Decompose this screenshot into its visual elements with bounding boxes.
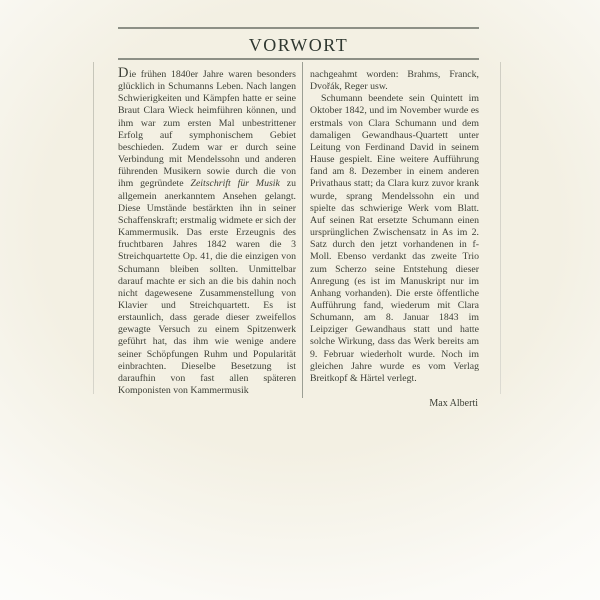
text-segment: zu allgemein anerkanntem Ansehen gelangt… — [118, 178, 296, 396]
text-column-right: nachgeahmt worden: Brahms, Franck, Dvořá… — [310, 69, 479, 410]
left-column-text: Die frühen 1840er Jahre waren besonders … — [118, 69, 296, 397]
text-block: VORWORT Die frühen 1840er Jahre waren be… — [118, 27, 479, 410]
title-band: VORWORT — [118, 27, 479, 60]
right-margin-rule — [500, 62, 501, 394]
text-segment: Schumann beendete sein Quintett im Oktob… — [310, 93, 479, 384]
text-segment: ie frühen 1840er Jahre waren besonders g… — [118, 69, 296, 189]
column-gutter — [296, 69, 310, 410]
initial-capital: D — [118, 65, 129, 81]
two-column-text: Die frühen 1840er Jahre waren besonders … — [118, 69, 479, 410]
scanned-book-page: VORWORT Die frühen 1840er Jahre waren be… — [0, 0, 600, 600]
paper-background: VORWORT Die frühen 1840er Jahre waren be… — [0, 0, 600, 600]
italic-phrase: Zeitschrift für Musik — [191, 178, 280, 189]
left-margin-rule — [93, 62, 94, 394]
page-title: VORWORT — [249, 32, 348, 56]
right-column-text: nachgeahmt worden: Brahms, Franck, Dvořá… — [310, 69, 479, 385]
paragraph: Die frühen 1840er Jahre waren besonders … — [118, 69, 296, 397]
paragraph: nachgeahmt worden: Brahms, Franck, Dvořá… — [310, 69, 479, 93]
author-signature: Max Alberti — [310, 398, 478, 410]
text-segment: nachgeahmt worden: Brahms, Franck, Dvořá… — [310, 69, 479, 92]
paragraph: Schumann beendete sein Quintett im Oktob… — [310, 93, 479, 385]
text-column-left: Die frühen 1840er Jahre waren besonders … — [118, 69, 296, 410]
